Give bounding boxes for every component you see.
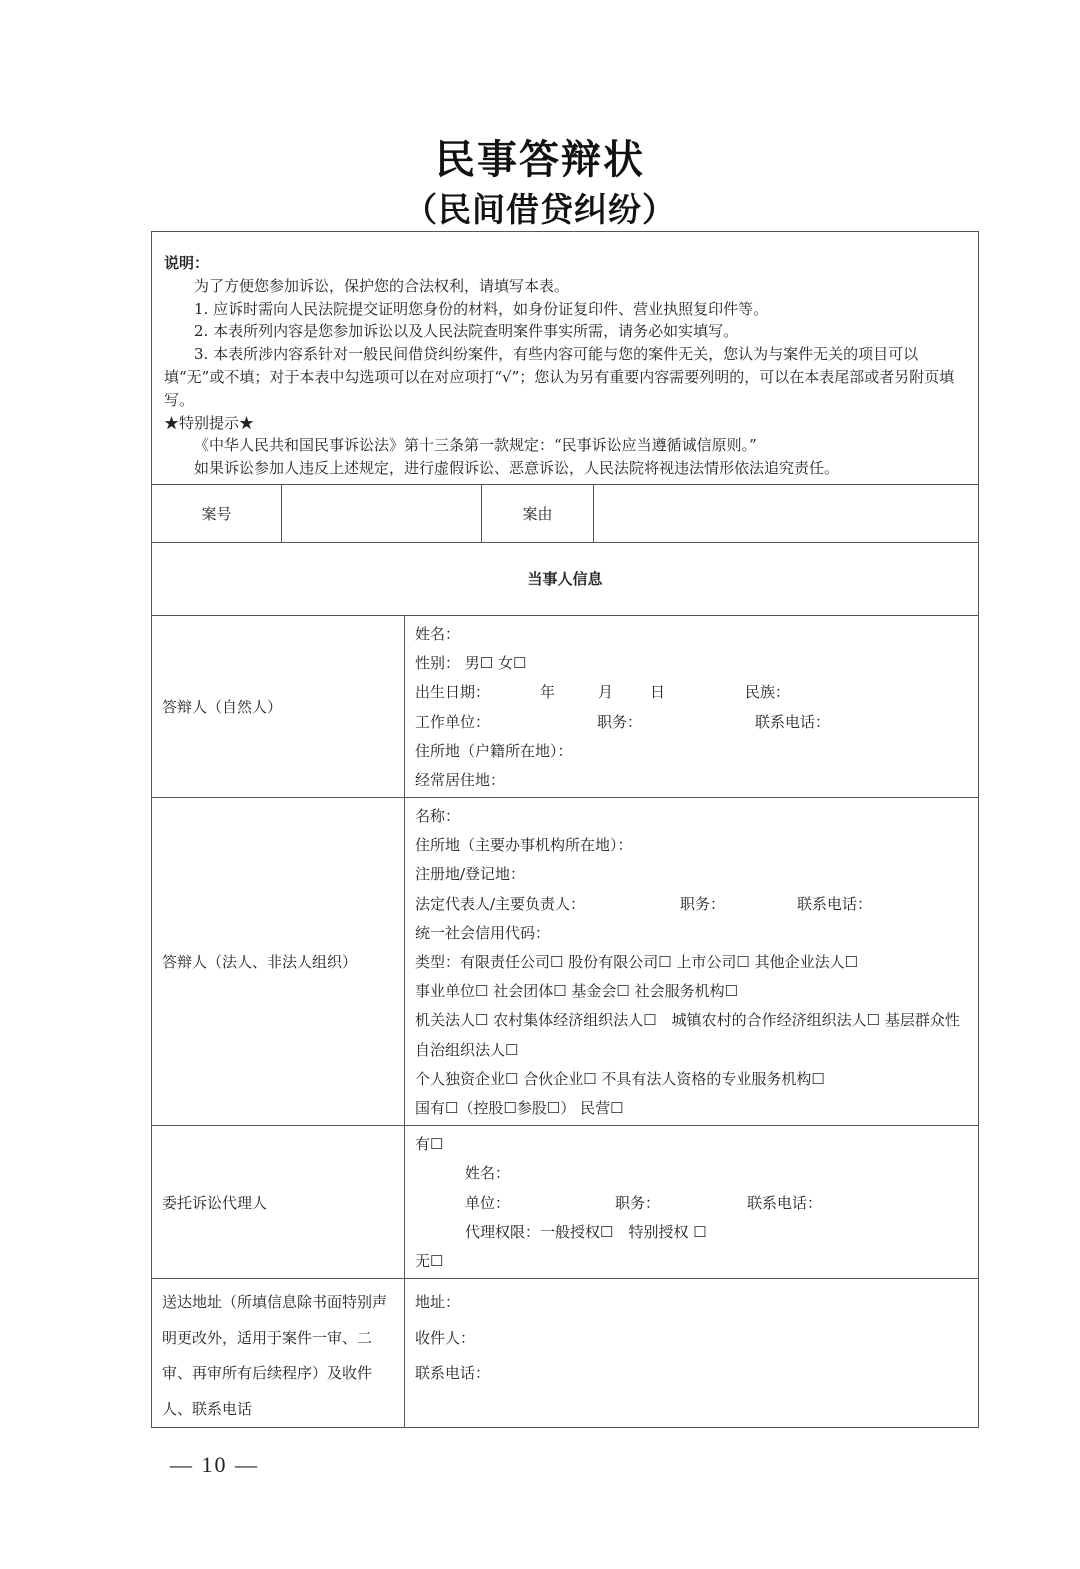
party-section-row: 当事人信息: [152, 542, 979, 615]
agent-position-label: 职务：: [615, 1189, 660, 1218]
legal-entity-label: 答辩人（法人、非法人组织）: [152, 798, 405, 1126]
service-address-row: 送达地址（所填信息除书面特别声明更改外，适用于案件一审、二审、再审所有后续程序）…: [152, 1279, 979, 1428]
le-credit-code-field[interactable]: 统一社会信用代码：: [415, 919, 968, 948]
np-birth-month: 月: [598, 678, 613, 707]
notes-cell: 说明： 为了方便您参加诉讼，保护您的合法权利，请填写本表。 1. 应诉时需向人民…: [152, 232, 979, 485]
np-position-label: 职务：: [597, 708, 642, 737]
legal-entity-row: 答辩人（法人、非法人组织） 名称： 住所地（主要办事机构所在地）： 注册地/登记…: [152, 798, 979, 1126]
le-name-label: 名称：: [415, 807, 460, 825]
natural-person-label: 答辩人（自然人）: [152, 615, 405, 797]
np-name-label: 姓名：: [415, 625, 460, 643]
np-domicile-label: 住所地（户籍所在地）：: [415, 742, 573, 760]
le-representative-label: 法定代表人/主要负责人：: [415, 895, 585, 913]
np-birth-year: 年: [540, 678, 555, 707]
le-representative-field[interactable]: 法定代表人/主要负责人： 职务： 联系电话：: [415, 890, 968, 919]
case-cause-field[interactable]: [594, 484, 979, 542]
le-phone-label: 联系电话：: [797, 890, 872, 919]
agent-row: 委托诉讼代理人 有☐ 姓名： 单位： 职务： 联系电话： 代理权限：一般授权☐ …: [152, 1126, 979, 1279]
notes-item-3: 3. 本表所涉内容系针对一般民间借贷纠纷案件，有些内容可能与您的案件无关，您认为…: [164, 343, 968, 411]
agent-unit-field[interactable]: 单位： 职务： 联系电话：: [415, 1189, 968, 1218]
case-cause-label: 案由: [482, 484, 594, 542]
defense-form-table: 说明： 为了方便您参加诉讼，保护您的合法权利，请填写本表。 1. 应诉时需向人民…: [151, 231, 979, 1428]
special-notice-heading: ★特别提示★: [164, 412, 968, 435]
natural-person-row: 答辩人（自然人） 姓名： 性别： 男☐ 女☐ 出生日期： 年 月 日 民族： 工…: [152, 615, 979, 797]
sa-phone-field[interactable]: 联系电话：: [415, 1356, 968, 1392]
agent-fields: 有☐ 姓名： 单位： 职务： 联系电话： 代理权限：一般授权☐ 特别授权 ☐ 无…: [405, 1126, 979, 1279]
le-position-label: 职务：: [680, 890, 725, 919]
agent-authority-field[interactable]: 代理权限：一般授权☐ 特别授权 ☐: [415, 1218, 968, 1247]
service-address-fields: 地址： 收件人： 联系电话：: [405, 1279, 979, 1428]
np-male-checkbox[interactable]: 男☐: [465, 654, 493, 672]
agent-has-checkbox[interactable]: 有☐: [415, 1130, 968, 1159]
sa-phone-label: 联系电话：: [415, 1364, 490, 1382]
np-employer-label: 工作单位：: [415, 713, 490, 731]
case-number-label: 案号: [152, 484, 282, 542]
special-notice-law: 《中华人民共和国民事诉讼法》第十三条第一款规定：“民事诉讼应当遵循诚信原则。”: [164, 434, 968, 457]
np-name-field[interactable]: 姓名：: [415, 620, 968, 649]
np-phone-label: 联系电话：: [755, 708, 830, 737]
np-employment-field[interactable]: 工作单位： 职务： 联系电话：: [415, 708, 968, 737]
agent-phone-label: 联系电话：: [747, 1189, 822, 1218]
notes-row: 说明： 为了方便您参加诉讼，保护您的合法权利，请填写本表。 1. 应诉时需向人民…: [152, 232, 979, 485]
case-number-field[interactable]: [282, 484, 482, 542]
sa-address-field[interactable]: 地址：: [415, 1285, 968, 1321]
agent-name-label: 姓名：: [465, 1164, 510, 1182]
le-registered-field[interactable]: 注册地/登记地：: [415, 860, 968, 889]
legal-entity-fields: 名称： 住所地（主要办事机构所在地）： 注册地/登记地： 法定代表人/主要负责人…: [405, 798, 979, 1126]
le-type-line-2[interactable]: 事业单位☐ 社会团体☐ 基金会☐ 社会服务机构☐: [415, 977, 968, 1006]
agent-unit-label: 单位：: [465, 1194, 510, 1212]
agent-name-field[interactable]: 姓名：: [415, 1159, 968, 1188]
service-address-label: 送达地址（所填信息除书面特别声明更改外，适用于案件一审、二审、再审所有后续程序）…: [152, 1279, 405, 1428]
np-birth-label: 出生日期：: [415, 683, 490, 701]
np-birth-field[interactable]: 出生日期： 年 月 日 民族：: [415, 678, 968, 707]
le-type-line-5[interactable]: 国有☐（控股☐参股☐） 民营☐: [415, 1094, 968, 1123]
np-gender-field: 性别： 男☐ 女☐: [415, 649, 968, 678]
le-type-line-3[interactable]: 机关法人☐ 农村集体经济组织法人☐ 城镇农村的合作经济组织法人☐ 基层群众性自治…: [415, 1006, 968, 1064]
le-domicile-label: 住所地（主要办事机构所在地）：: [415, 836, 633, 854]
special-notice-warning: 如果诉讼参加人违反上述规定，进行虚假诉讼、恶意诉讼，人民法院将视违法情形依法追究…: [164, 457, 968, 480]
le-name-field[interactable]: 名称：: [415, 802, 968, 831]
sa-recipient-field[interactable]: 收件人：: [415, 1321, 968, 1357]
notes-heading: 说明：: [164, 252, 968, 275]
document-subtitle: （民间借贷纠纷）: [0, 184, 1080, 231]
np-female-checkbox[interactable]: 女☐: [498, 654, 526, 672]
notes-intro: 为了方便您参加诉讼，保护您的合法权利，请填写本表。: [164, 275, 968, 298]
np-gender-label: 性别：: [415, 654, 460, 672]
le-type-line-1[interactable]: 类型：有限责任公司☐ 股份有限公司☐ 上市公司☐ 其他企业法人☐: [415, 948, 968, 977]
np-residence-label: 经常居住地：: [415, 771, 505, 789]
sa-address-label: 地址：: [415, 1293, 460, 1311]
agent-none-checkbox[interactable]: 无☐: [415, 1247, 968, 1276]
natural-person-fields: 姓名： 性别： 男☐ 女☐ 出生日期： 年 月 日 民族： 工作单位： 职务： …: [405, 615, 979, 797]
le-domicile-field[interactable]: 住所地（主要办事机构所在地）：: [415, 831, 968, 860]
page-number: — 10 —: [170, 1452, 259, 1478]
np-residence-field[interactable]: 经常居住地：: [415, 766, 968, 795]
party-section-heading: 当事人信息: [152, 542, 979, 615]
document-title: 民事答辩状: [0, 128, 1080, 185]
notes-item-1: 1. 应诉时需向人民法院提交证明您身份的材料，如身份证复印件、营业执照复印件等。: [164, 298, 968, 321]
np-birth-day: 日: [650, 678, 665, 707]
le-registered-label: 注册地/登记地：: [415, 865, 525, 883]
notes-item-2: 2. 本表所列内容是您参加诉讼以及人民法院查明案件事实所需，请务必如实填写。: [164, 320, 968, 343]
np-domicile-field[interactable]: 住所地（户籍所在地）：: [415, 737, 968, 766]
agent-label: 委托诉讼代理人: [152, 1126, 405, 1279]
le-credit-code-label: 统一社会信用代码：: [415, 924, 550, 942]
le-type-line-4[interactable]: 个人独资企业☐ 合伙企业☐ 不具有法人资格的专业服务机构☐: [415, 1065, 968, 1094]
np-ethnicity-label: 民族：: [745, 678, 790, 707]
case-row: 案号 案由: [152, 484, 979, 542]
sa-recipient-label: 收件人：: [415, 1329, 475, 1347]
